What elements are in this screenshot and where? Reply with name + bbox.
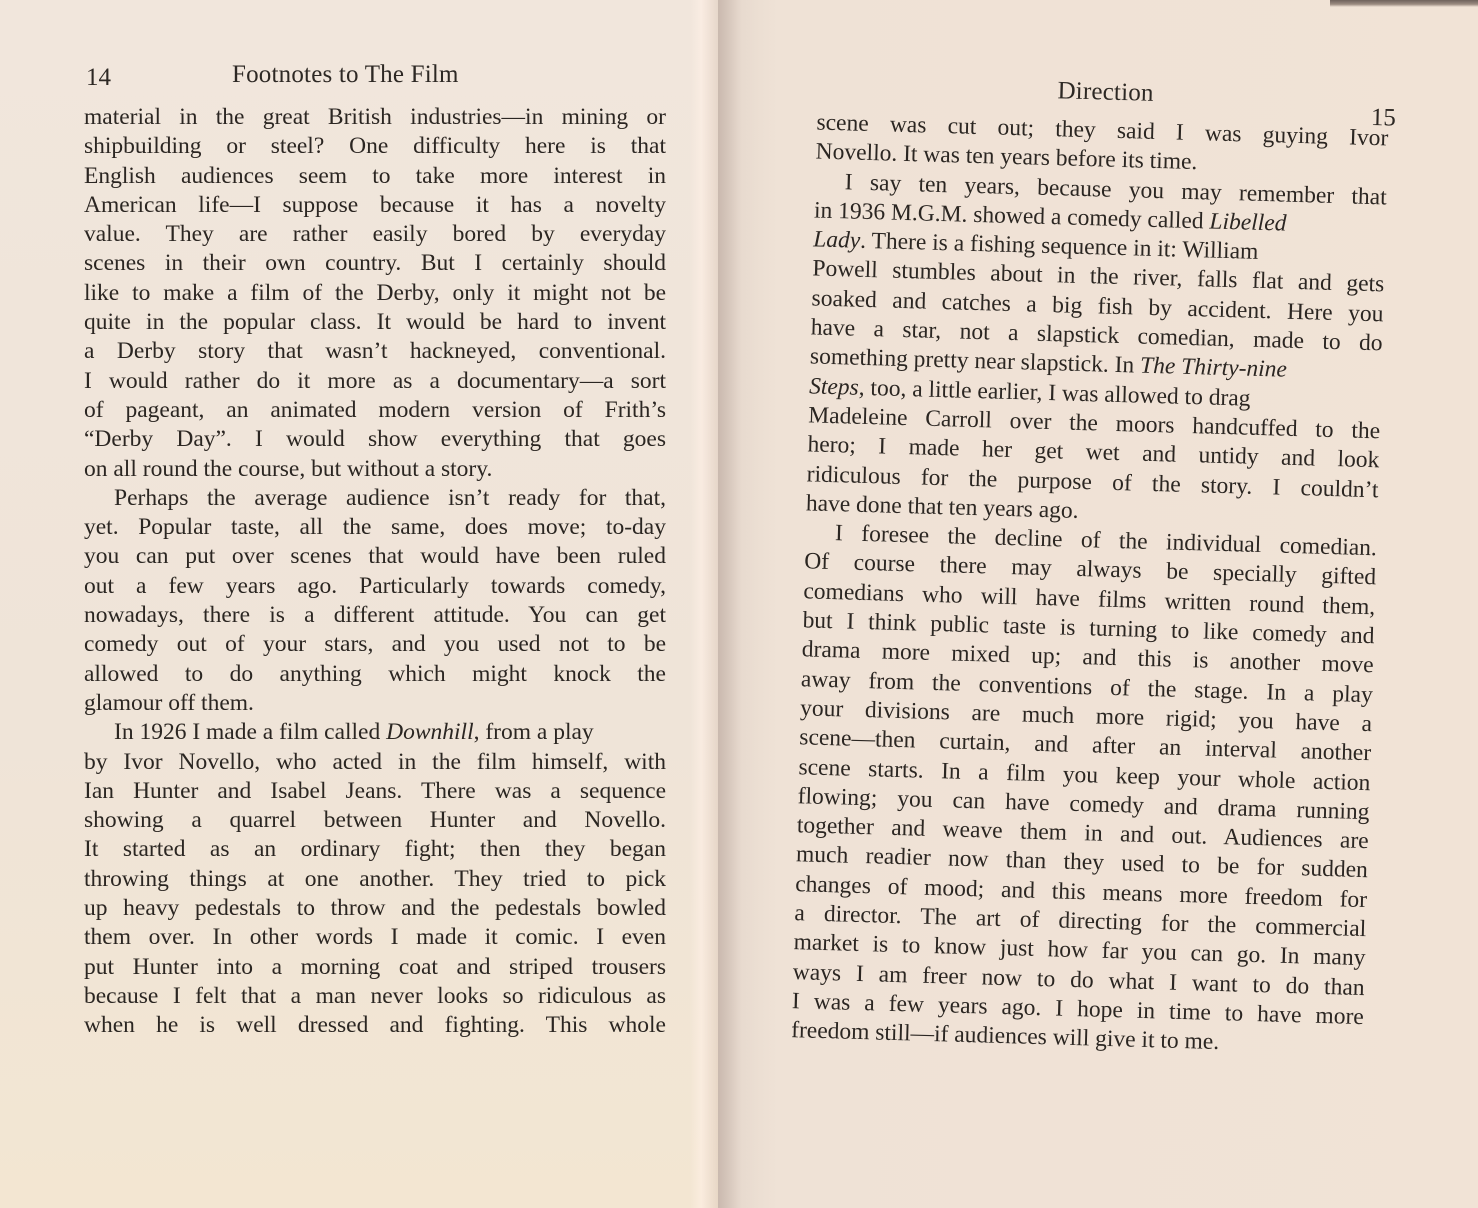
- text-line: showing a quarrel between Hunter and Nov…: [84, 806, 666, 835]
- film-title-thirty-nine: The Thirty-nine: [1140, 353, 1288, 383]
- film-title-downhill: Downhill: [386, 719, 473, 745]
- text-line: because I felt that a man never looks so…: [84, 982, 666, 1011]
- text-line: of pageant, an animated modern version o…: [84, 396, 666, 425]
- text-line: up heavy pedestals to throw and the pede…: [84, 894, 666, 923]
- text-line: Ian Hunter and Isabel Jeans. There was a…: [84, 777, 666, 806]
- gutter-shadow-left: [690, 0, 718, 1208]
- text-line: them over. In other words I made it comi…: [84, 923, 666, 952]
- running-head-left: Footnotes to The Film: [232, 61, 459, 89]
- text-fragment: , from a play: [474, 719, 594, 745]
- text-line: put Hunter into a morning coat and strip…: [84, 953, 666, 982]
- text-line: “Derby Day”. I would show everything tha…: [84, 425, 666, 454]
- text-line: I would rather do it more as a documenta…: [84, 367, 666, 396]
- text-line: glamour off them.: [84, 689, 666, 718]
- text-line: comedy out of your stars, and you used n…: [84, 630, 666, 659]
- text-line: like to make a film of the Derby, only i…: [84, 279, 666, 308]
- text-line: value. They are rather easily bored by e…: [84, 220, 666, 249]
- text-line: scenes in their own country. But I certa…: [84, 249, 666, 278]
- page-top-edge: [1330, 0, 1478, 7]
- text-line: English audiences seem to take more inte…: [84, 162, 666, 191]
- book-spread: 14 Footnotes to The Film material in the…: [0, 0, 1478, 1208]
- text-line: a Derby story that wasn’t hackneyed, con…: [84, 337, 666, 366]
- page-number-left: 14: [86, 64, 111, 92]
- film-title-libelled: Libelled: [1209, 208, 1287, 236]
- film-title-steps: Steps: [809, 373, 859, 400]
- text-line: nowadays, there is a different attitude.…: [84, 601, 666, 630]
- text-line: quite in the popular class. It would be …: [84, 308, 666, 337]
- body-text-left: material in the great British industries…: [84, 103, 666, 1041]
- gutter-shadow-right: [718, 0, 758, 1208]
- text-line: American life—I suppose because it has a…: [84, 191, 666, 220]
- text-line: when he is well dressed and fighting. Th…: [84, 1011, 666, 1040]
- text-line: you can put over scenes that would have …: [84, 542, 666, 571]
- body-text-right: scene was cut out; they said I was guyin…: [791, 108, 1389, 1061]
- paragraph-start-line: Perhaps the average audience isn’t ready…: [84, 484, 666, 513]
- text-line: by Ivor Novello, who acted in the film h…: [84, 748, 666, 777]
- text-line: on all round the course, but without a s…: [84, 455, 666, 484]
- text-line: yet. Popular taste, all the same, does m…: [84, 513, 666, 542]
- text-fragment: In 1926 I made a film called: [114, 719, 386, 745]
- text-line: It started as an ordinary fight; then th…: [84, 835, 666, 864]
- text-line: out a few years ago. Particularly toward…: [84, 572, 666, 601]
- text-line: allowed to do anything which might knock…: [84, 660, 666, 689]
- paragraph-start-line: In 1926 I made a film called Downhill, f…: [84, 718, 666, 747]
- film-title-lady: Lady: [813, 227, 861, 254]
- running-head-right: Direction: [1057, 77, 1154, 108]
- text-line: shipbuilding or steel? One difficulty he…: [84, 132, 666, 161]
- text-line: throwing things at one another. They tri…: [84, 865, 666, 894]
- text-line: material in the great British industries…: [84, 103, 666, 132]
- left-page: 14 Footnotes to The Film material in the…: [0, 0, 718, 1208]
